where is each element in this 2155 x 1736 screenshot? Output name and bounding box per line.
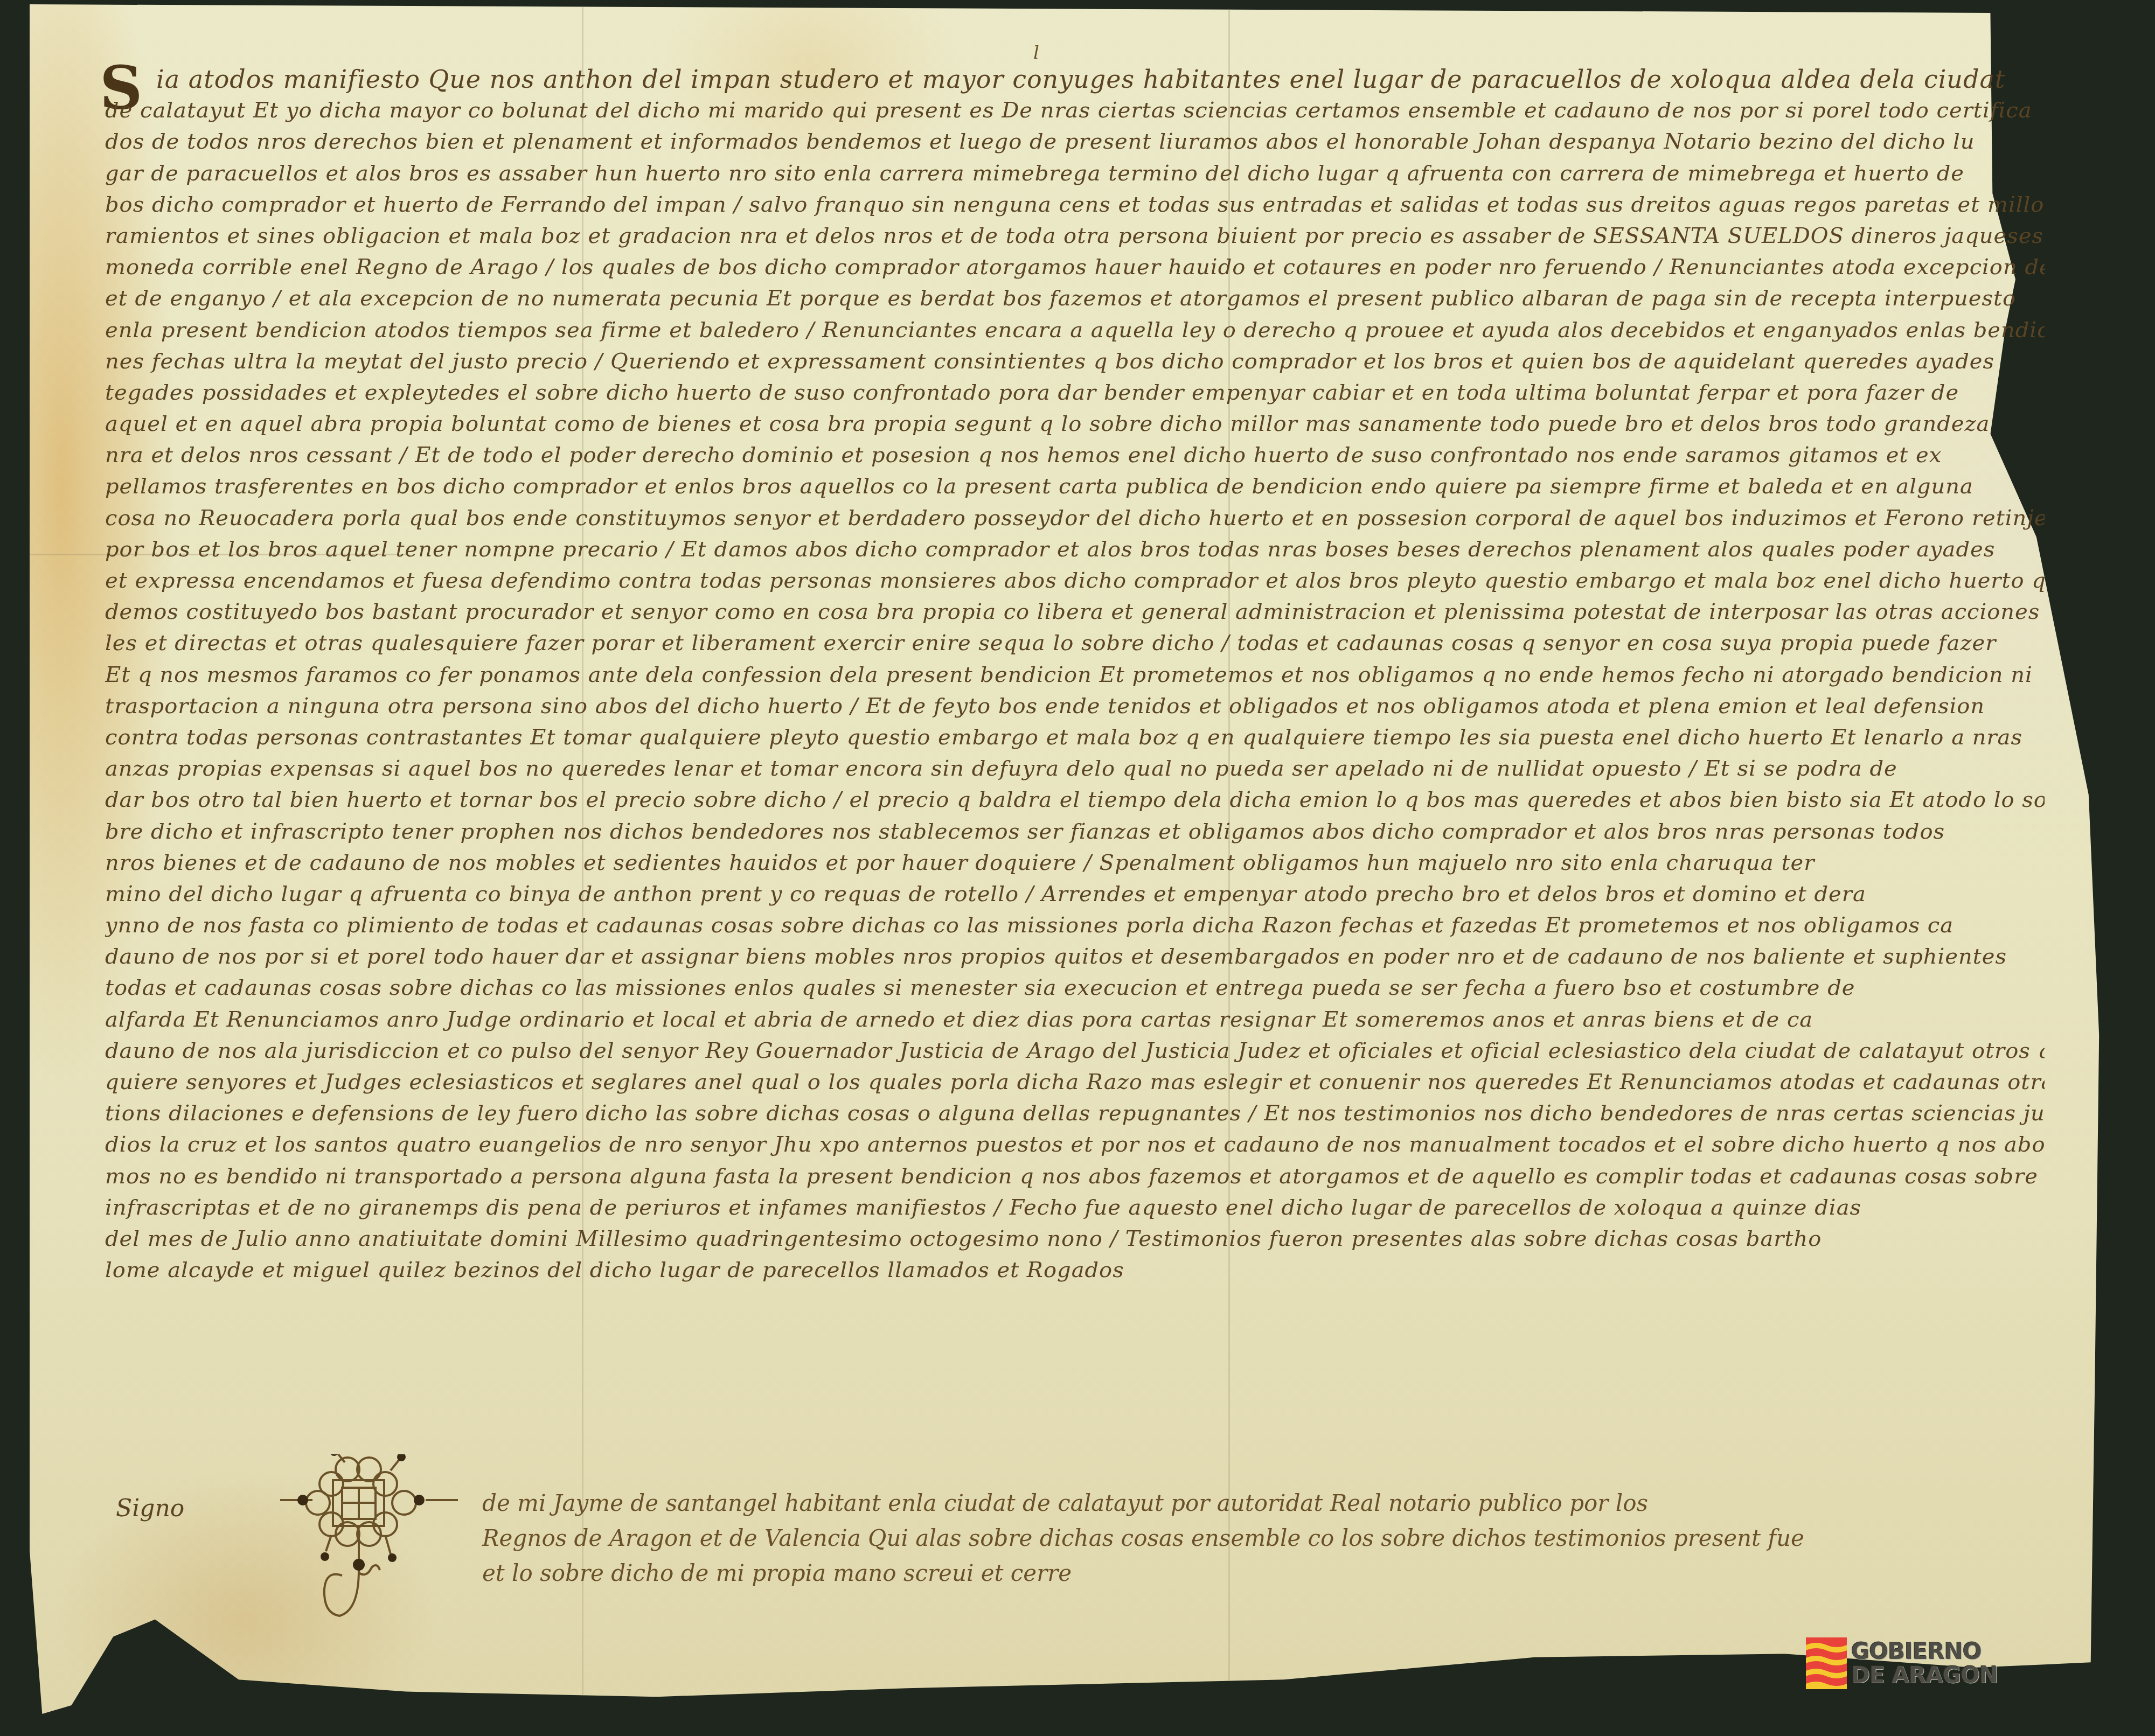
- text-line: dar bos otro tal bien huerto et tornar b…: [105, 784, 2045, 815]
- gobierno-de-aragon-logo: GOBIERNO DE ARAGON: [1806, 1637, 1998, 1689]
- text-line: mino del dicho lugar q afruenta co binya…: [105, 879, 2045, 910]
- text-line: nros bienes et de cadauno de nos mobles …: [105, 847, 2045, 879]
- text-line: quiere senyores et Judges eclesiasticos …: [105, 1066, 2045, 1098]
- text-line: bre dicho et infrascripto tener prophen …: [105, 816, 2045, 847]
- notary-line: et lo sobre dicho de mi propia mano scre…: [482, 1556, 2071, 1591]
- text-line: infrascriptas et de no giranemps dis pen…: [105, 1192, 2045, 1223]
- text-line: et de enganyo / et ala excepcion de no n…: [105, 283, 2045, 314]
- text-line: demos costituyedo bos bastant procurador…: [105, 596, 2045, 628]
- signum-label: Signo: [116, 1495, 184, 1522]
- text-line: contra todas personas contrastantes Et t…: [105, 722, 2045, 753]
- text-line: aquel et en aquel abra propia boluntat c…: [105, 408, 2045, 440]
- notary-signum-icon: [280, 1454, 458, 1632]
- text-line: de calatayut Et yo dicha mayor co boluna…: [105, 95, 2045, 126]
- text-line: dauno de nos por si et porel todo hauer …: [105, 941, 2045, 972]
- logo-line-1: GOBIERNO: [1851, 1640, 1998, 1663]
- text-line: enla present bendicion atodos tiempos se…: [105, 315, 2045, 346]
- text-line: dos de todos nros derechos bien et plena…: [105, 126, 2045, 157]
- text-line: ynno de nos fasta co plimiento de todas …: [105, 910, 2045, 941]
- page-number-mark: l: [1033, 42, 1039, 64]
- text-line: dauno de nos ala jurisdiccion et co puls…: [105, 1035, 2045, 1066]
- text-line: les et directas et otras qualesquiere fa…: [105, 628, 2045, 659]
- text-line: gar de paracuellos et alos bros es assab…: [105, 158, 2045, 189]
- text-line: pellamos trasferentes en bos dicho compr…: [105, 471, 2045, 502]
- text-line: por bos et los bros aquel tener nompne p…: [105, 534, 2045, 565]
- text-line: tions dilaciones e defensions de ley fue…: [105, 1098, 2045, 1129]
- text-line: bos dicho comprador et huerto de Ferrand…: [105, 189, 2045, 220]
- text-line: Et q nos mesmos faramos co fer ponamos a…: [105, 659, 2045, 691]
- logo-line-2: DE ARAGON: [1851, 1663, 1998, 1687]
- notary-subscription: de mi Jayme de santangel habitant enla c…: [482, 1486, 2071, 1591]
- text-line: ramientos et sines obligacion et mala bo…: [105, 220, 2045, 252]
- text-line: lome alcayde et miguel quilez bezinos de…: [105, 1254, 2045, 1286]
- text-line: nra et delos nros cessant / Et de todo e…: [105, 440, 2045, 471]
- notary-line: de mi Jayme de santangel habitant enla c…: [482, 1486, 2071, 1521]
- text-line: dios la cruz et los santos quatro euange…: [105, 1129, 2045, 1160]
- text-line: tegades possidades et expleytedes el sob…: [105, 377, 2045, 408]
- text-line: anzas propias expensas si aquel bos no q…: [105, 753, 2045, 784]
- charter-body: ia atodos manifiesto Que nos anthon del …: [105, 64, 2045, 1286]
- aragon-flag-icon: [1806, 1637, 1847, 1689]
- text-line: del mes de Julio anno anatiuitate domini…: [105, 1223, 2045, 1254]
- text-line: todas et cadaunas cosas sobre dichas co …: [105, 972, 2045, 1003]
- text-line: cosa no Reuocadera porla qual bos ende c…: [105, 503, 2045, 534]
- text-line: alfarda Et Renunciamos anro Judge ordina…: [105, 1004, 2045, 1035]
- text-line: mos no es bendido ni transportado a pers…: [105, 1161, 2045, 1192]
- text-line: moneda corrible enel Regno de Arago / lo…: [105, 252, 2045, 283]
- text-line: ia atodos manifiesto Que nos anthon del …: [105, 64, 2045, 95]
- text-line: trasportacion a ninguna otra persona sin…: [105, 691, 2045, 722]
- text-line: nes fechas ultra la meytat del justo pre…: [105, 346, 2045, 377]
- text-line: et expressa encendamos et fuesa defendim…: [105, 565, 2045, 596]
- notary-line: Regnos de Aragon et de Valencia Qui alas…: [482, 1521, 2071, 1556]
